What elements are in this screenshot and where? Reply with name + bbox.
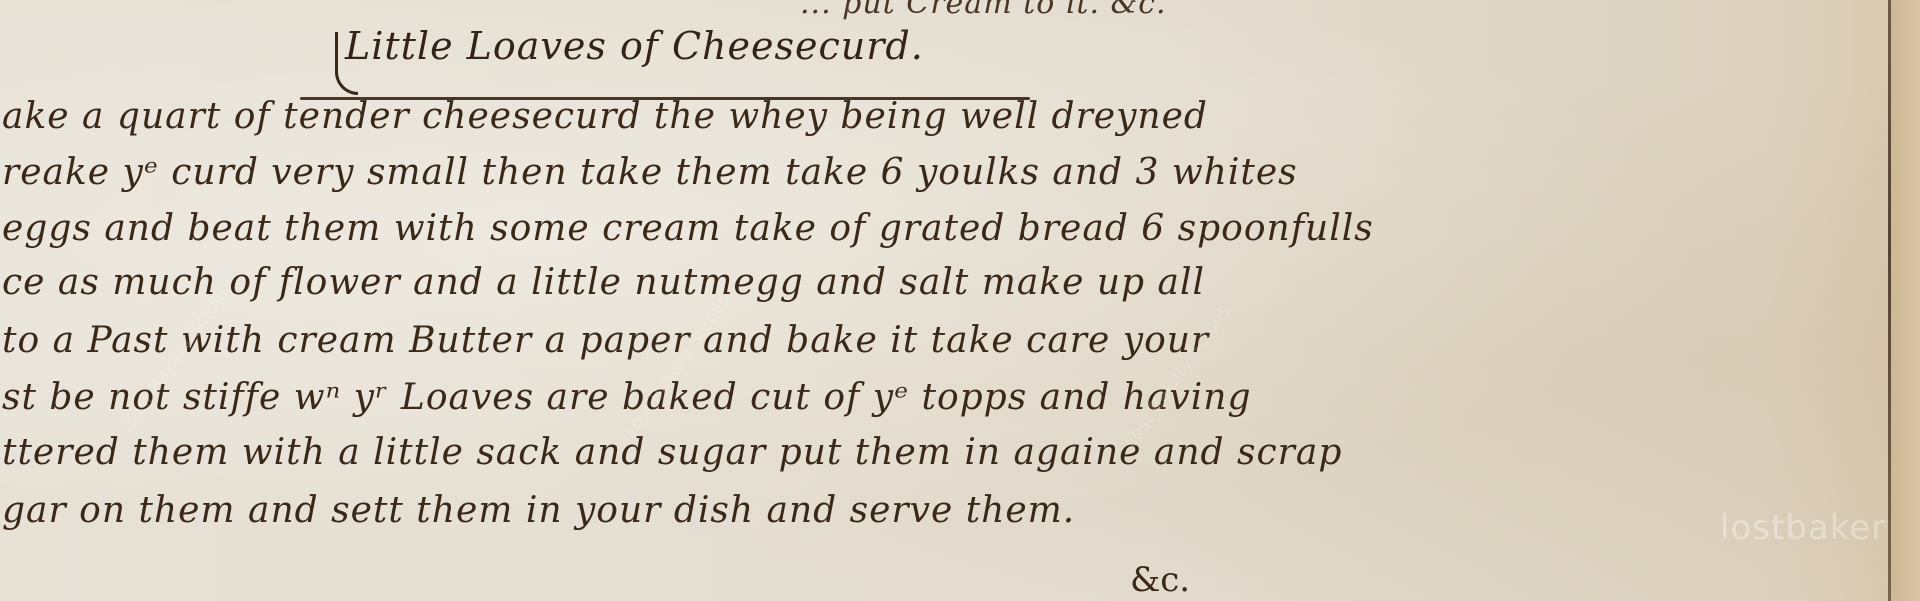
faint-watermark: Lost Bakery Scrolls xyxy=(620,291,734,442)
recipe-line-2: reake yᵉ curd very small then take them … xyxy=(2,152,1298,193)
end-flourish-icon: &c. xyxy=(1130,560,1190,600)
recipe-line-3: eggs and beat them with some cream take … xyxy=(2,208,1374,249)
top-line-fragment: ... put Cream to it. &c. xyxy=(800,0,1167,21)
recipe-line-6: st be not stiffe wⁿ yʳ Loaves are baked … xyxy=(2,377,1252,418)
recipe-line-1: ake a quart of tender cheesecurd the whe… xyxy=(2,96,1208,137)
recipe-line-4: ce as much of flower and a little nutmeg… xyxy=(2,262,1205,303)
recipe-title: Little Loaves of Cheesecurd. xyxy=(345,24,924,68)
recipe-line-8: gar on them and sett them in your dish a… xyxy=(2,490,1075,531)
adjacent-page-edge xyxy=(1891,0,1920,601)
manuscript-page: ... put Cream to it. &c. Little Loaves o… xyxy=(0,0,1893,601)
